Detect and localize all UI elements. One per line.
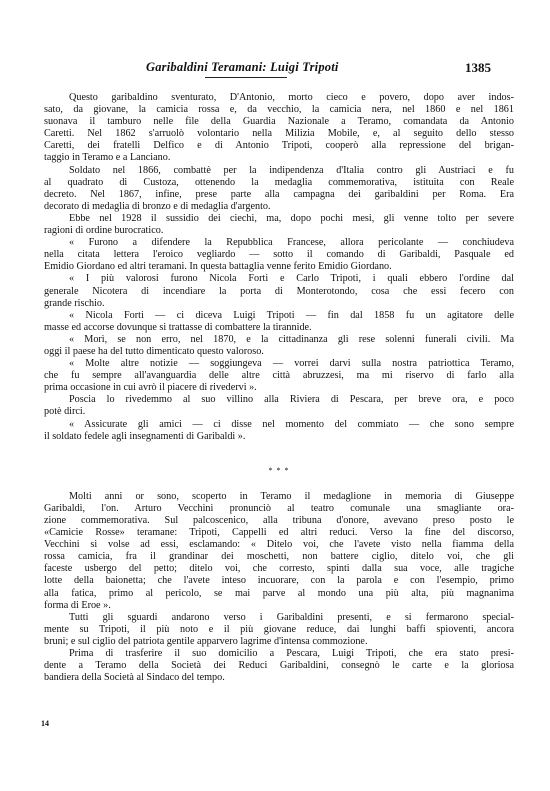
paragraph: Ebbe nel 1928 il sussidio dei ciechi, ma… bbox=[44, 213, 514, 237]
paragraph: Questo garibaldino sventurato, D'Antonio… bbox=[44, 92, 514, 165]
text-line: potè dirci. bbox=[44, 406, 514, 418]
section-second: Molti anni or sono, scoperto in Teramo i… bbox=[44, 491, 514, 685]
section-first: Questo garibaldino sventurato, D'Antonio… bbox=[44, 92, 514, 443]
text-line: grande rischio. bbox=[44, 298, 514, 310]
paragraph: « I più valorosi furono Nicola Forti e C… bbox=[44, 273, 514, 309]
text-line: « Assicurate gli amici — ci disse nel mo… bbox=[44, 419, 514, 431]
text-line: oggi il paese ha del tutto dimenticato q… bbox=[44, 346, 514, 358]
paragraph: Poscia lo rivedemmo al suo villino alla … bbox=[44, 394, 514, 418]
paragraph: « Furono a difendere la Repubblica Franc… bbox=[44, 237, 514, 273]
paragraph: « Nicola Forti — ci diceva Luigi Tripoti… bbox=[44, 310, 514, 334]
text-line: che fu sempre all'avanguardia delle altr… bbox=[44, 370, 514, 382]
text-line: taggio in Teramo e a Lanciano. bbox=[44, 152, 514, 164]
text-line: suonava il tamburo nelle file della Guar… bbox=[44, 116, 514, 128]
page-number: 1385 bbox=[465, 60, 491, 76]
text-line: nella citata lettera l'eroico vegliardo … bbox=[44, 249, 514, 261]
text-line: « Molte altre notizie — soggiungeva — vo… bbox=[44, 358, 514, 370]
text-line: «Camicie Rosse» teramane: Tripoti, Cappe… bbox=[44, 527, 514, 539]
text-line: il soldato fedele agli insegnamenti di G… bbox=[44, 431, 514, 443]
text-line: faceste usbergo del petto; ditelo voi, c… bbox=[44, 563, 514, 575]
text-line: Caretti, dei fratelli Delfico e di Anton… bbox=[44, 140, 514, 152]
section-separator: * * * bbox=[44, 465, 514, 477]
text-line: Tutti gli sguardi andarono verso i Garib… bbox=[44, 612, 514, 624]
paragraph: « Morì, se non erro, nel 1870, e la citt… bbox=[44, 334, 514, 358]
text-line: Vecchini si volse ad essi, esclamando: «… bbox=[44, 539, 514, 551]
paragraph: Tutti gli sguardi andarono verso i Garib… bbox=[44, 612, 514, 648]
text-line: sato, da giovane, la camicia rossa e, da… bbox=[44, 104, 514, 116]
text-line: « Morì, se non erro, nel 1870, e la citt… bbox=[44, 334, 514, 346]
text-line: decreto. Nel 1867, infine, prese parte a… bbox=[44, 189, 514, 201]
text-line: ragioni di ordine burocratico. bbox=[44, 225, 514, 237]
text-line: Poscia lo rivedemmo al suo villino alla … bbox=[44, 394, 514, 406]
text-line: Emidio Giordano ed altri teramani. In qu… bbox=[44, 261, 514, 273]
paragraph: Prima di trasferire il suo domicilio a P… bbox=[44, 648, 514, 684]
running-title: Garibaldini Teramani: Luigi Tripoti bbox=[146, 60, 339, 75]
body-text: Questo garibaldino sventurato, D'Antonio… bbox=[44, 92, 514, 684]
text-line: Soldato nel 1866, combattè per la indipe… bbox=[44, 165, 514, 177]
text-line: masse ed accorse dovunque si trattasse d… bbox=[44, 322, 514, 334]
text-line: alla fatica, primo al pericolo, se mai p… bbox=[44, 588, 514, 600]
text-line: « Furono a difendere la Repubblica Franc… bbox=[44, 237, 514, 249]
header-rule bbox=[205, 77, 287, 78]
paragraph: Molti anni or sono, scoperto in Teramo i… bbox=[44, 491, 514, 612]
paragraph: Soldato nel 1866, combattè per la indipe… bbox=[44, 165, 514, 213]
text-line: Ebbe nel 1928 il sussidio dei ciechi, ma… bbox=[44, 213, 514, 225]
text-line: Caretti. Nel 1862 s'arruolò volontario n… bbox=[44, 128, 514, 140]
text-line: bandiera della Società al Sindaco del te… bbox=[44, 672, 514, 684]
text-line: al quadrato di Custoza, ottenendo la med… bbox=[44, 177, 514, 189]
text-line: forma di Eroe ». bbox=[44, 600, 514, 612]
text-line: prima occasione in cui avrò il piacere d… bbox=[44, 382, 514, 394]
signature-mark: 14 bbox=[41, 719, 49, 728]
text-line: « I più valorosi furono Nicola Forti e C… bbox=[44, 273, 514, 285]
paragraph: « Assicurate gli amici — ci disse nel mo… bbox=[44, 419, 514, 443]
text-line: zione commemorativa. Sul palcoscenico, a… bbox=[44, 515, 514, 527]
text-line: Molti anni or sono, scoperto in Teramo i… bbox=[44, 491, 514, 503]
text-line: generale Nicotera di incendiare la porta… bbox=[44, 286, 514, 298]
text-line: bruni; e sul ciglio del patriota gentile… bbox=[44, 636, 514, 648]
text-line: « Nicola Forti — ci diceva Luigi Tripoti… bbox=[44, 310, 514, 322]
text-line: lotte della baionetta; che l'avete intes… bbox=[44, 575, 514, 587]
paragraph: « Molte altre notizie — soggiungeva — vo… bbox=[44, 358, 514, 394]
text-line: Questo garibaldino sventurato, D'Antonio… bbox=[44, 92, 514, 104]
text-line: Prima di trasferire il suo domicilio a P… bbox=[44, 648, 514, 660]
text-line: mente su Tripoti, il più noto e il più g… bbox=[44, 624, 514, 636]
text-line: decorato di medaglia di bronzo e di meda… bbox=[44, 201, 514, 213]
text-line: rossa camicia, fra il grandinar dei mosc… bbox=[44, 551, 514, 563]
text-line: dente a Teramo della Società dei Reduci … bbox=[44, 660, 514, 672]
text-line: Garibaldi, l'on. Arturo Vecchini pronunc… bbox=[44, 503, 514, 515]
